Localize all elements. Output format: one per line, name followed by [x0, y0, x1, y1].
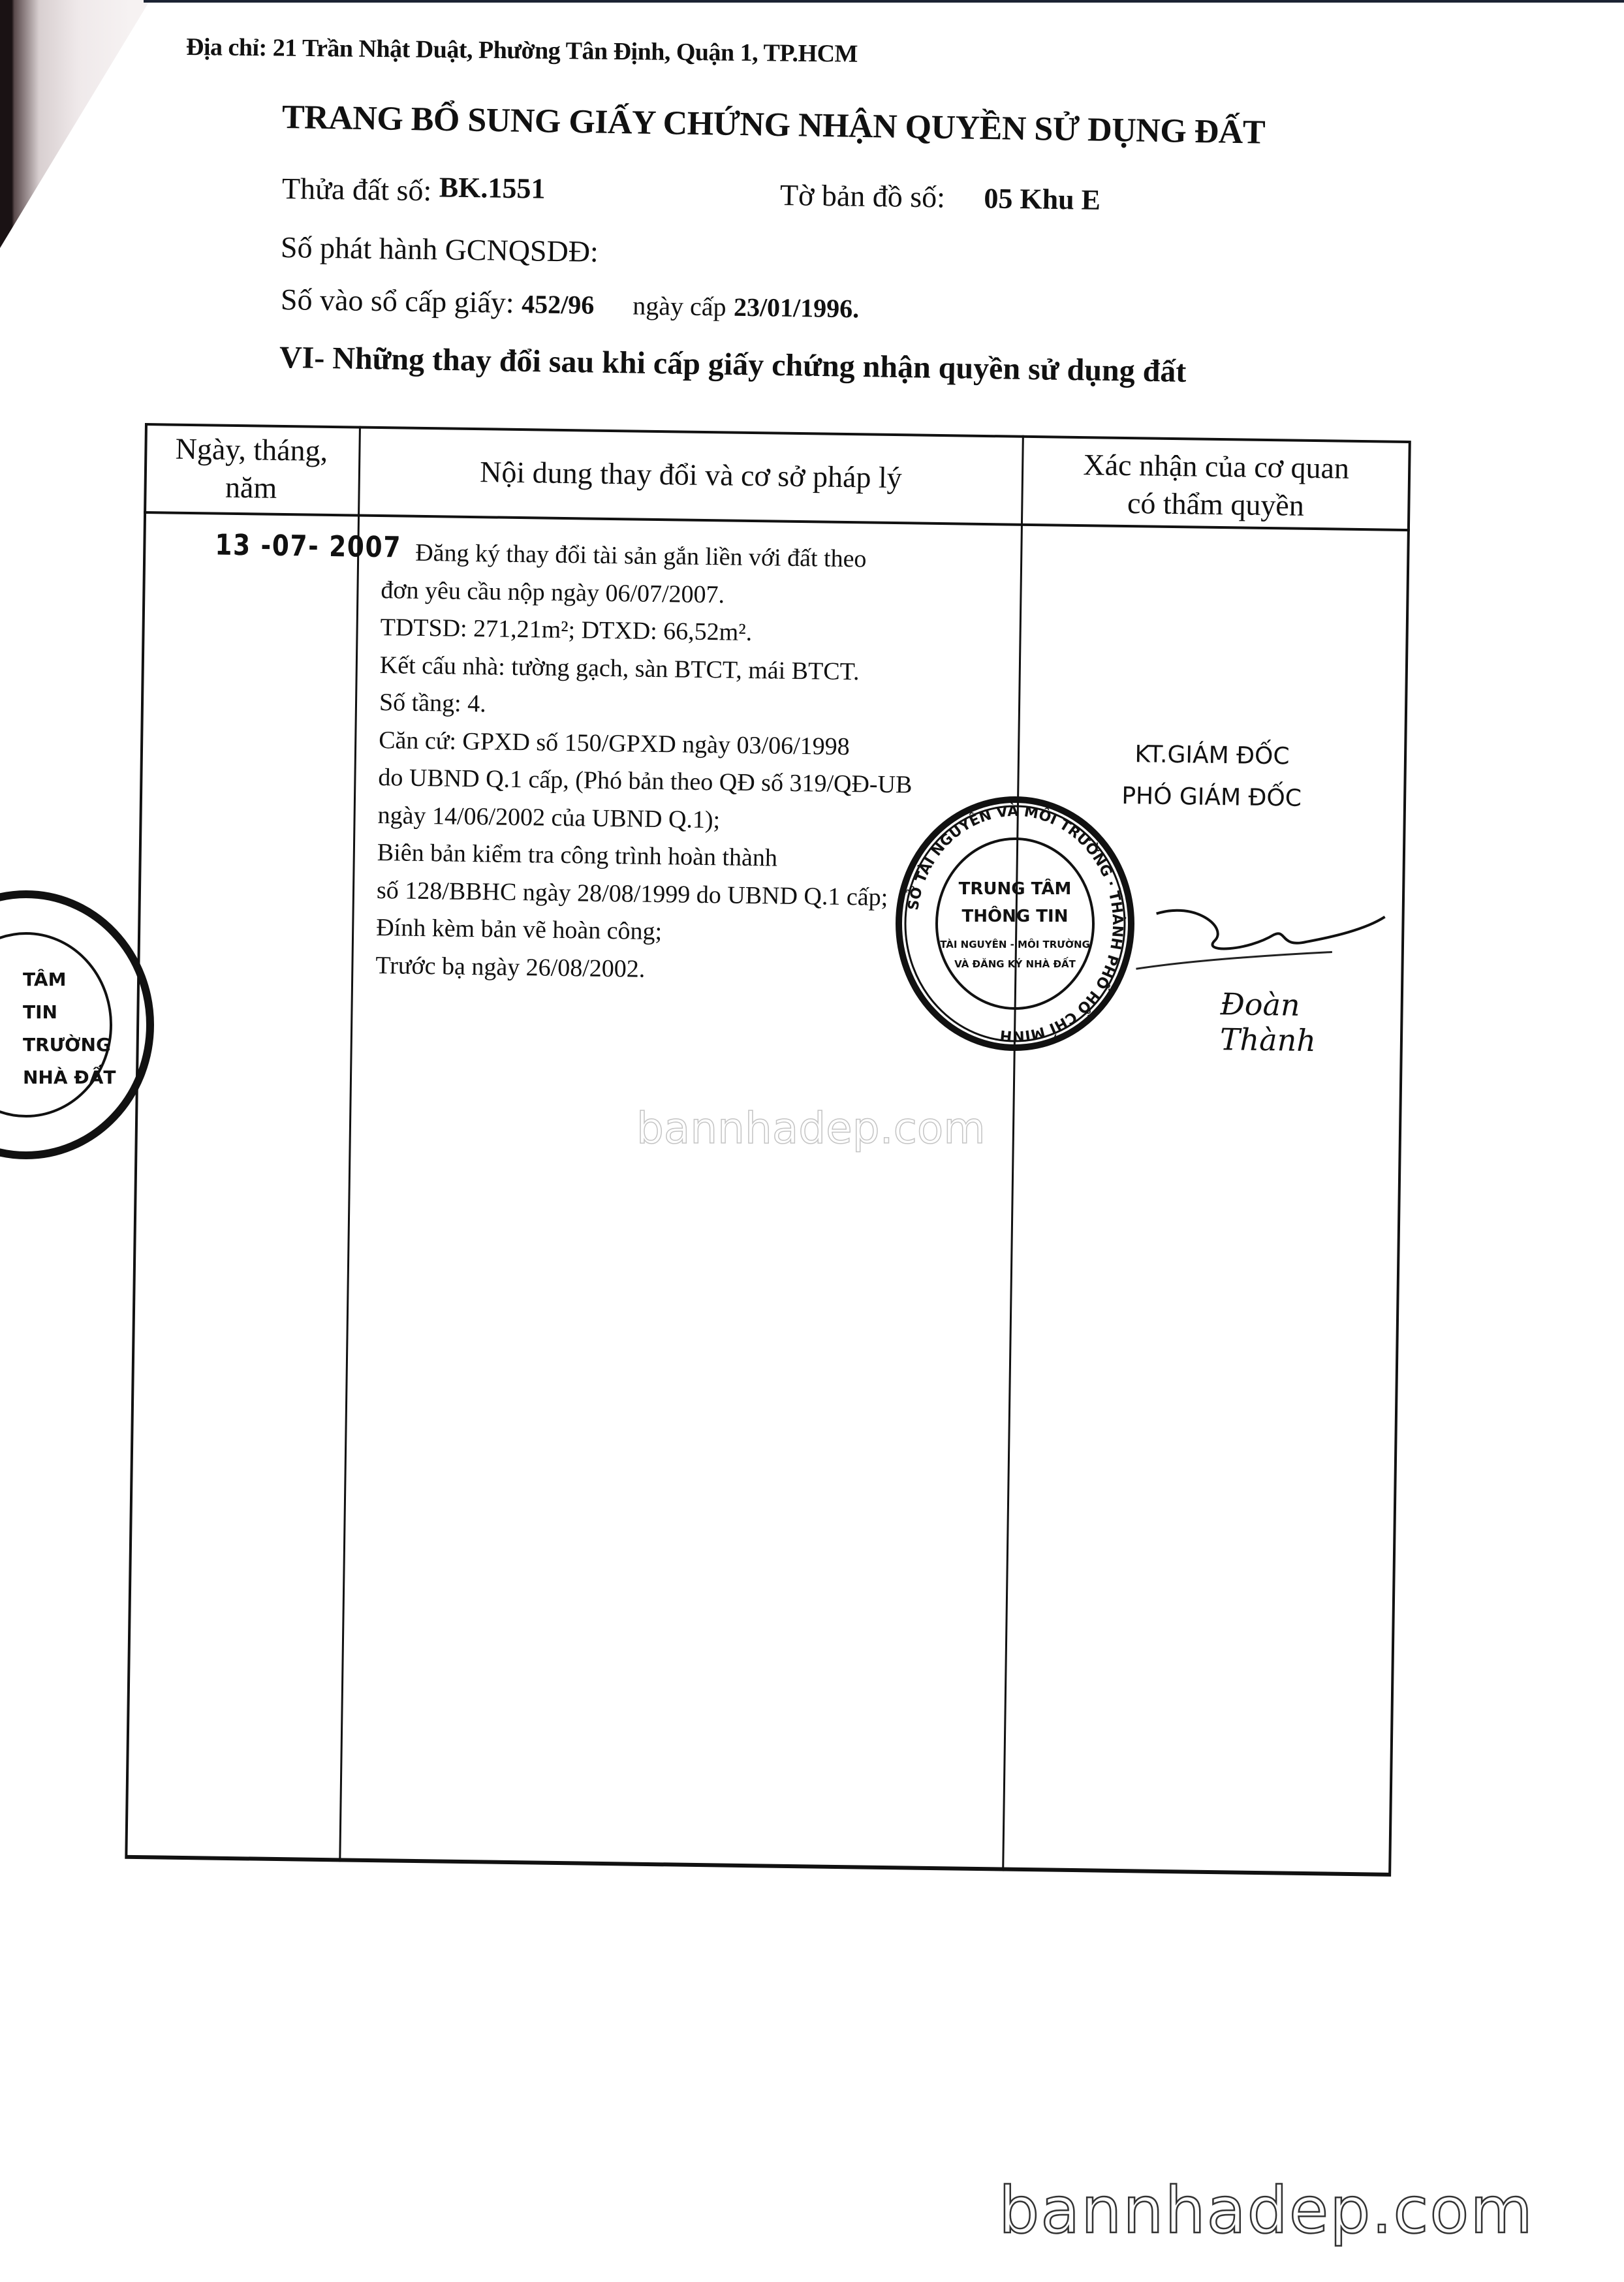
signer-name: Đoàn Thành	[1220, 986, 1403, 1059]
entry-date: 13 -07- 2007	[215, 529, 401, 565]
watermark-center: bannhadep.com	[636, 1103, 986, 1153]
map-sheet-label: Tờ bản đồ số:	[780, 178, 946, 214]
official-seal-icon: SỞ TÀI NGUYÊN VÀ MÔI TRƯỜNG · THÀNH PHỐ …	[894, 796, 1136, 1051]
issue-number-label: Số phát hành GCNQSDĐ:	[281, 230, 599, 268]
map-sheet-value: 05 Khu E	[984, 182, 1101, 215]
content-line: Biên bản kiểm tra công trình hoàn thành	[377, 834, 911, 879]
content-line: Đính kèm bản vẽ hoàn công;	[376, 909, 911, 954]
header-content: Nội dung thay đổi và cơ sở pháp lý	[360, 426, 1022, 524]
registry-value: 452/96	[522, 289, 595, 320]
issue-number-field: Số phát hành GCNQSDĐ:	[281, 230, 599, 269]
entry-content: Đăng ký thay đổi tài sản gắn liền với đấ…	[375, 534, 916, 992]
svg-text:TRƯỜNG: TRƯỜNG	[23, 1033, 111, 1055]
registry-label: Số vào sổ cấp giấy:	[281, 283, 514, 319]
header-certification: Xác nhận của cơ quan có thẩm quyền	[1023, 439, 1409, 532]
stamp-center-line: TRUNG TÂM	[959, 878, 1072, 899]
header-date: Ngày, tháng, năm	[144, 423, 359, 514]
address-line: Địa chỉ: 21 Trần Nhật Duật, Phường Tân Đ…	[186, 33, 858, 69]
stamp-center-line: THÔNG TIN	[962, 905, 1069, 926]
content-line: Đăng ký thay đổi tài sản gắn liền với đấ…	[381, 534, 916, 579]
content-line: TDTSD: 271,21m²; DTXD: 66,52m².	[380, 609, 914, 654]
issue-date-value: 23/01/1996.	[734, 292, 860, 324]
stamp-center-line: TÀI NGUYÊN - MÔI TRƯỜNG	[940, 938, 1090, 950]
watermark-bottom: bannhadep.com	[999, 2174, 1534, 2248]
svg-text:NHÀ ĐẤT: NHÀ ĐẤT	[23, 1063, 116, 1088]
content-line: Số tầng: 4.	[379, 684, 914, 729]
scanner-top-edge	[144, 0, 1624, 3]
signature-scribble-icon	[1116, 887, 1392, 982]
section-heading: VI- Những thay đổi sau khi cấp giấy chứn…	[279, 339, 1187, 390]
svg-text:TÂM: TÂM	[23, 968, 66, 990]
partial-seal-icon: TÂM TIN TRƯỜNG NHÀ ĐẤT	[0, 888, 157, 1162]
scanner-edge-shadow	[0, 0, 157, 339]
registry-field: Số vào sổ cấp giấy: 452/96 ngày cấp 23/0…	[281, 282, 860, 324]
parcel-label: Thửa đất số:	[282, 172, 432, 207]
map-sheet-field: Tờ bản đồ số: 05 Khu E	[780, 178, 1101, 217]
content-line: do UBND Q.1 cấp, (Phó bản theo QĐ số 319…	[378, 759, 913, 804]
issue-date-label: ngày cấp	[632, 291, 726, 322]
parcel-value: BK.1551	[439, 171, 546, 204]
svg-text:TIN: TIN	[23, 1001, 57, 1023]
parcel-field: Thửa đất số: BK.1551	[282, 171, 546, 210]
stamp-center-line: VÀ ĐĂNG KÝ NHÀ ĐẤT	[954, 956, 1076, 970]
document-title: TRANG BỔ SUNG GIẤY CHỨNG NHẬN QUYỀN SỬ D…	[282, 98, 1266, 152]
partial-seal-left: TÂM TIN TRƯỜNG NHÀ ĐẤT	[0, 888, 157, 1162]
signer-title-1: KT.GIÁM ĐỐC	[1020, 732, 1405, 779]
content-line: Trước bạ ngày 26/08/2002.	[375, 947, 910, 992]
